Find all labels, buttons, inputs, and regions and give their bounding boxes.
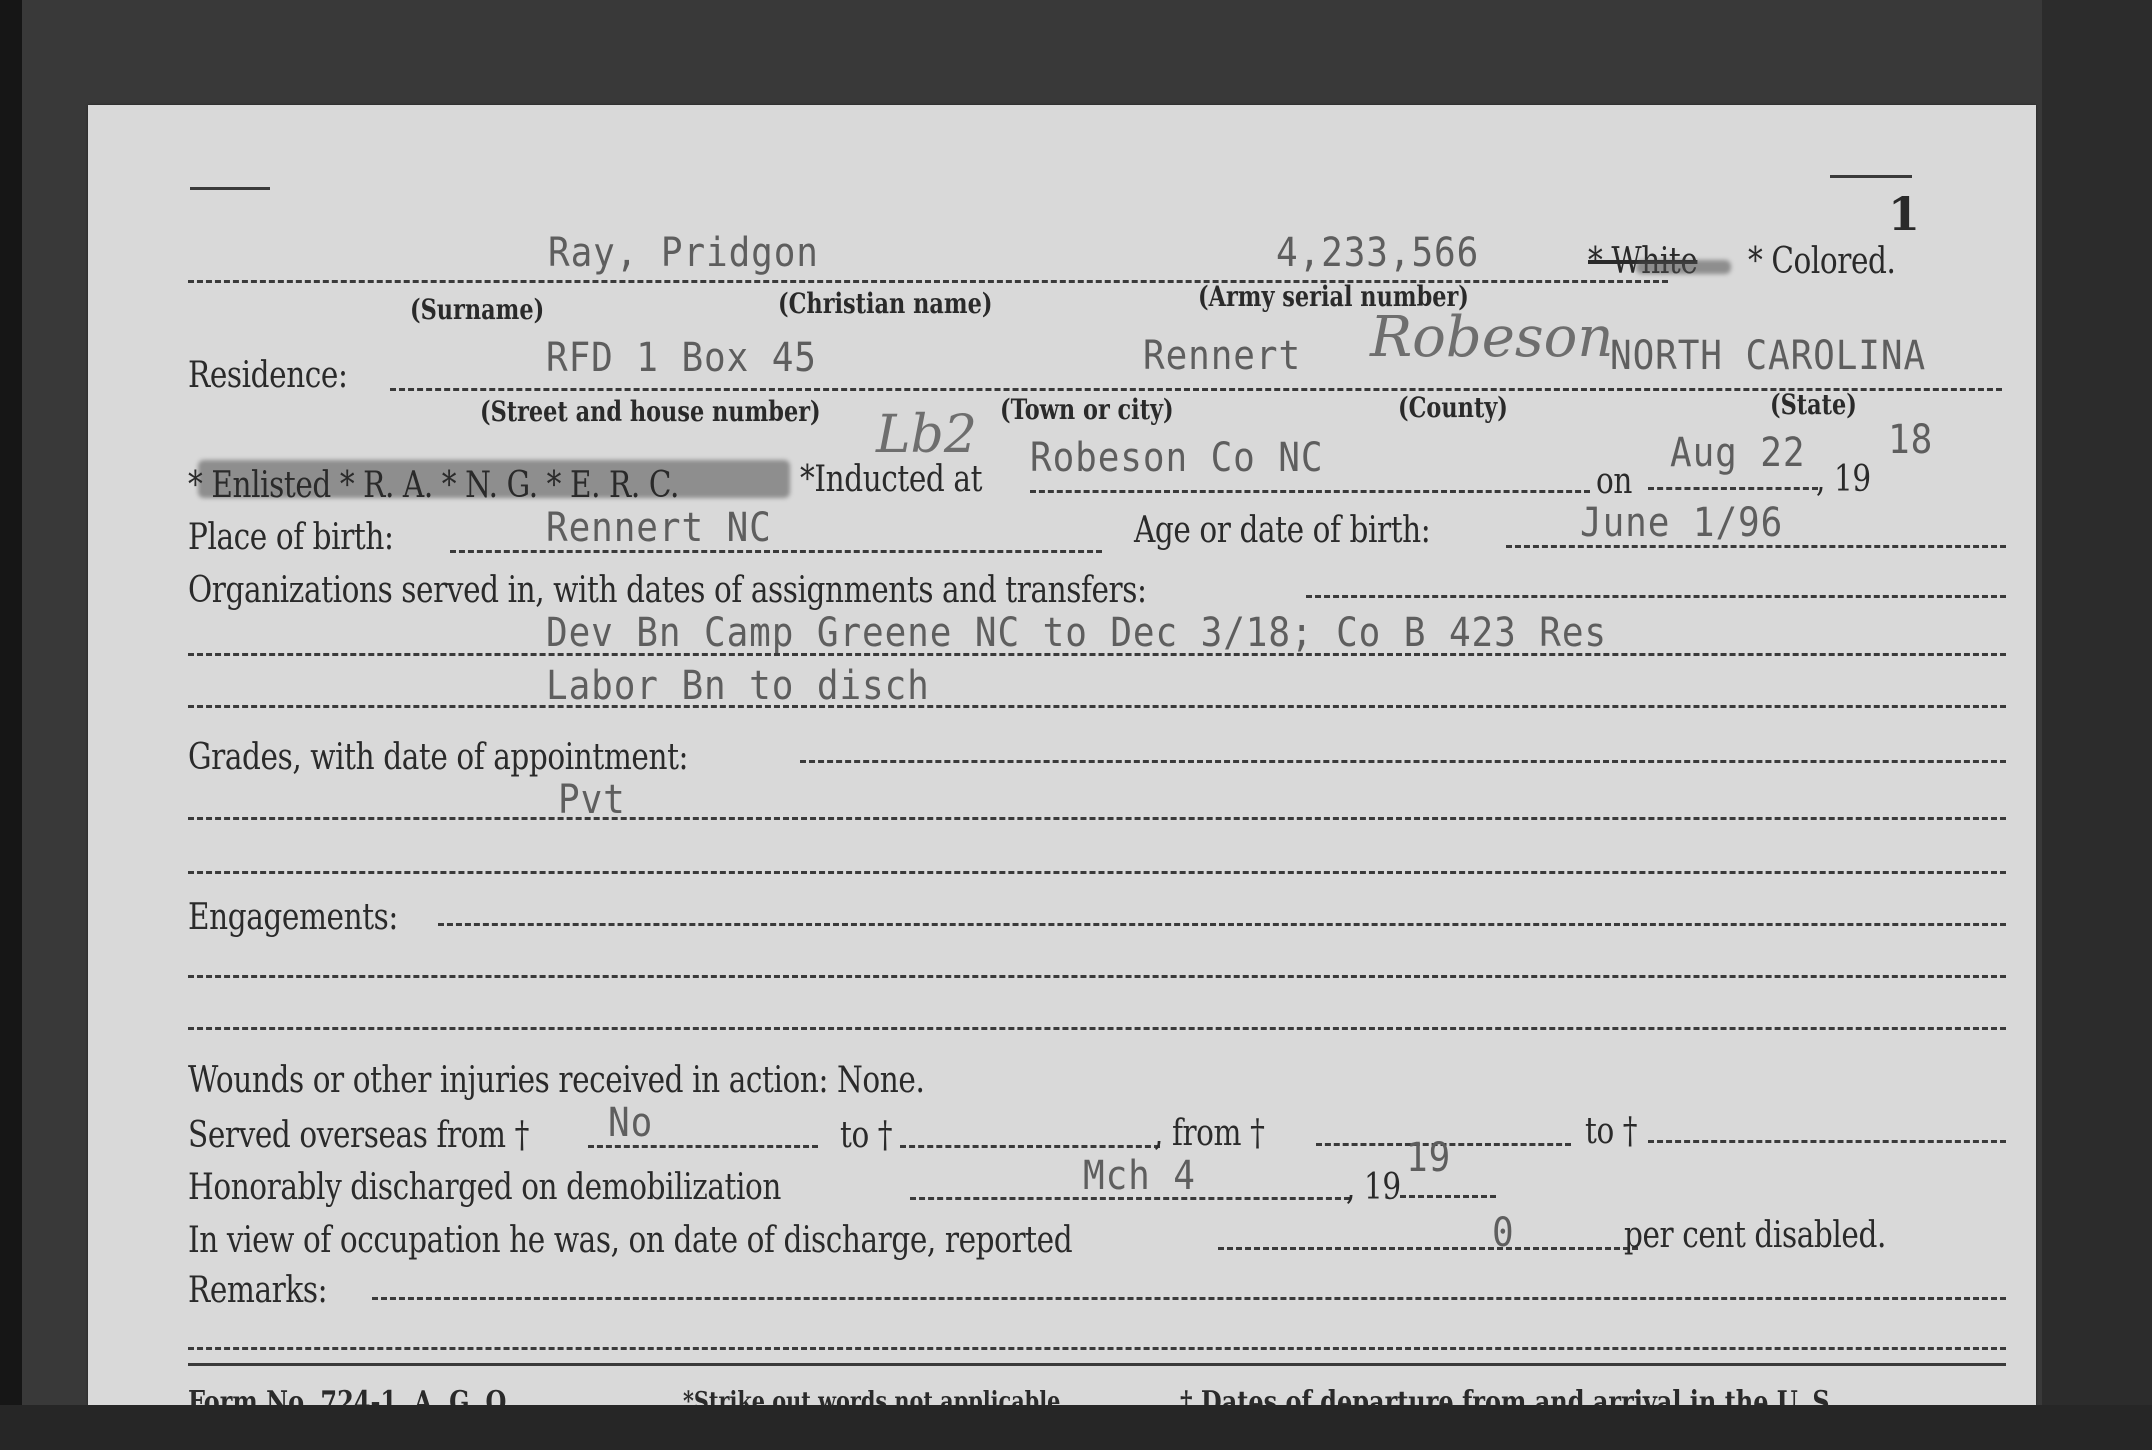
induction-date-value: Aug 22 [1670,430,1805,476]
engagements-line-1 [188,975,2006,978]
overseas-from-value: No [608,1100,653,1146]
residence-label: Residence: [188,355,348,396]
age-label: Age or date of birth: [1134,510,1430,551]
inducted-at-label: *Inducted at [800,459,982,500]
overseas-label: Served overseas from † [188,1115,529,1156]
organizations-line-0 [1306,595,2006,598]
service-record-card: 1 Ray, Pridgon (Surname) (Christian name… [88,105,2036,1405]
inducted-at-value: Robeson Co NC [1030,435,1323,481]
remarks-line-0 [372,1297,2006,1300]
organizations-line-2-rule [188,705,2006,708]
town-label: (Town or city) [1000,393,1174,426]
grades-line-1 [188,817,2006,820]
scan-right-border [2042,0,2152,1450]
wounds-label: Wounds or other injuries received in act… [188,1060,924,1101]
scan-left-border [0,0,22,1450]
inducted-at-line [1030,490,1590,493]
disability-value: 0 [1492,1210,1515,1256]
overseas-from-line [588,1145,818,1148]
street-label: (Street and house number) [480,395,821,428]
age-line [1506,545,2006,548]
on-label: on [1596,461,1632,502]
race-colored: * Colored. [1748,241,1895,282]
residence-county-value: Robeson [1370,305,1613,370]
place-of-birth-line [450,550,1102,553]
age-value: June 1/96 [1580,500,1783,546]
residence-street-value: RFD 1 Box 45 [546,335,817,381]
scan-bottom-border [0,1405,2152,1450]
discharge-year-line [1400,1195,1496,1198]
disability-label: In view of occupation he was, on date of… [188,1220,1072,1261]
enlisted-options-label: * Enlisted * R. A. * N. G. * E. R. C. [188,465,679,506]
disability-suffix: per cent disabled. [1624,1215,1886,1256]
engagements-line-0 [438,923,2006,926]
footer-rule [188,1363,2006,1366]
residence-line [390,388,2002,391]
disability-line [1218,1247,1638,1250]
residence-town-value: Rennert [1143,333,1301,379]
organizations-line-1: Dev Bn Camp Greene NC to Dec 3/18; Co B … [546,610,1607,656]
christian-name-label: (Christian name) [778,287,992,320]
place-of-birth-label: Place of birth: [188,517,393,558]
remarks-label: Remarks: [188,1270,327,1311]
name-value: Ray, Pridgon [548,230,819,276]
discharge-year-prefix: , 19 [1346,1167,1401,1208]
remarks-line-1 [188,1347,2006,1350]
grades-label: Grades, with date of appointment: [188,737,688,778]
overseas-to-line [900,1145,1160,1148]
discharge-label: Honorably discharged on demobilization [188,1167,781,1208]
surname-label: (Surname) [410,293,544,326]
top-left-mark [190,187,270,190]
organizations-line-2: Labor Bn to disch [546,663,930,709]
state-label: (State) [1770,388,1857,421]
engagements-line-2 [188,1027,2006,1030]
strike-smudge [1636,260,1731,274]
serial-value: 4,233,566 [1276,230,1479,276]
grades-line-0 [800,760,2006,763]
overseas-to2-line [1648,1140,2006,1143]
place-of-birth-value: Rennert NC [546,505,772,551]
discharge-date-value: Mch 4 [1083,1153,1196,1199]
organizations-label: Organizations served in, with dates of a… [188,570,1147,611]
overseas-to-label: to † [840,1115,892,1156]
overseas-from2-label: , from † [1154,1113,1264,1154]
overseas-to2-label: to † [1585,1111,1637,1152]
top-right-mark [1830,175,1912,178]
engagements-label: Engagements: [188,897,398,938]
card-number: 1 [1888,187,1920,241]
handwritten-note: Lb2 [876,405,977,465]
induction-date-line [1648,487,1818,490]
discharge-year-value: 19 [1406,1135,1451,1181]
grades-line-2 [188,871,2006,874]
organizations-line-1-rule [188,653,2006,656]
county-label: (County) [1398,391,1508,424]
residence-state-value: NORTH CAROLINA [1610,333,1926,379]
discharge-date-line [910,1197,1350,1200]
induction-year-value: 18 [1888,417,1933,463]
induction-year-prefix: , 19 [1816,459,1871,500]
